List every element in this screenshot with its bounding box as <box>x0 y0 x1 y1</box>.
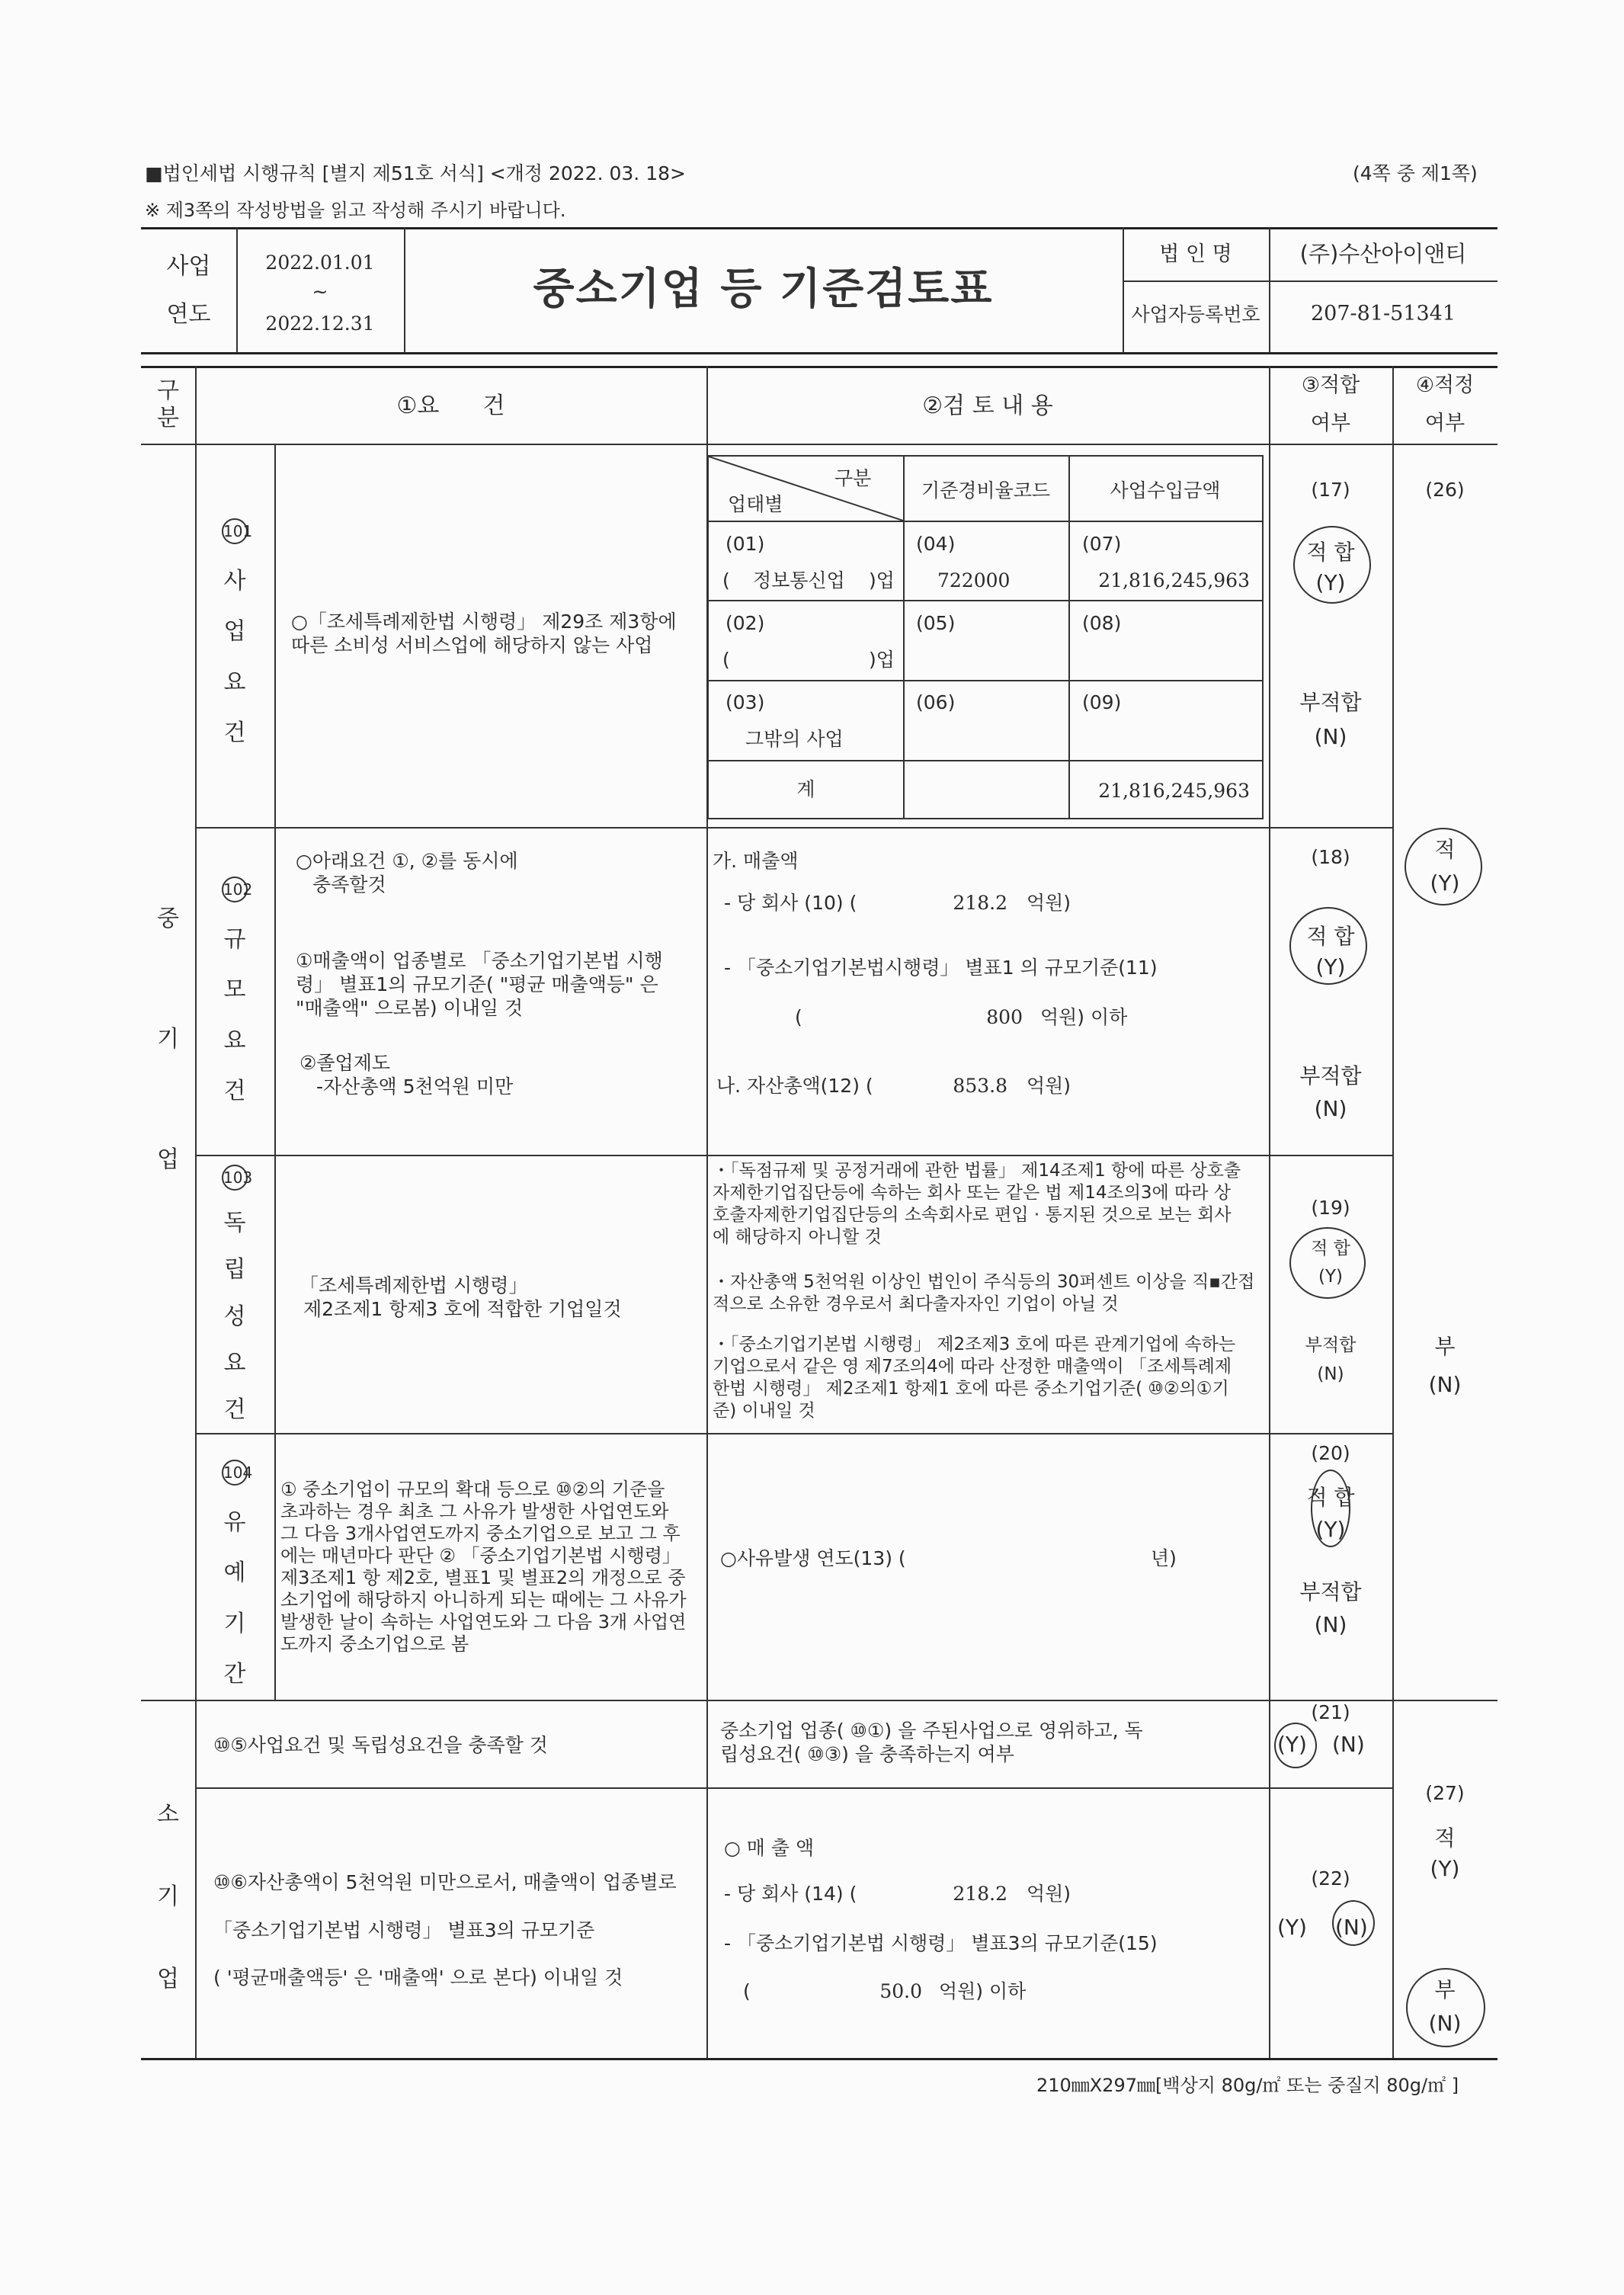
page-indicator: (4쪽 중 제1쪽) <box>1353 162 1478 185</box>
col-amount-header: 사업수입금액 <box>1068 479 1262 502</box>
review-a-std-value[interactable]: 800 <box>947 1006 1023 1029</box>
row102-req-1: ○아래요건 ①, ②를 동시에 <box>296 850 518 873</box>
small-proper-yes[interactable]: 적 <box>1392 1825 1497 1851</box>
row101-fit-no[interactable]: 부적합 <box>1269 690 1392 716</box>
row104-fit-no[interactable]: 부적합 <box>1269 1579 1392 1605</box>
review-a-std: - 「중소기업기본법시행령」 별표1 의 규모기준(11) <box>724 957 1158 979</box>
industry-suffix: )업 <box>869 649 895 672</box>
cell-no: (08) <box>1082 612 1121 635</box>
period-end: 2022.12.31 <box>236 313 404 335</box>
corp-name: (주)수산아이앤티 <box>1269 241 1497 268</box>
review-b-value[interactable]: 853.8 <box>931 1075 1007 1098</box>
period-label-2: 연도 <box>141 301 236 329</box>
header-fit-2: 여부 <box>1269 412 1392 436</box>
row102-fit-no-code: (N) <box>1269 1096 1392 1122</box>
row106-req-2: 「중소기업기본법 시행령」 별표3의 규모기준 <box>213 1919 594 1942</box>
corner-bottom: 업태별 <box>728 493 783 516</box>
header-proper-2: 여부 <box>1392 412 1497 436</box>
biz-no-label: 사업자등록번호 <box>1123 303 1269 326</box>
header-requirement: ①요 건 <box>195 393 706 420</box>
row101-fit-no-code: (N) <box>1269 724 1392 750</box>
review-b-unit: 억원) <box>1027 1075 1071 1098</box>
row102-fit-yes[interactable]: 적 합 <box>1269 924 1392 950</box>
row104-requirement: ① 중소기업이 규모의 확대 등으로 ⑩②의 기준을 초과하는 경우 최초 그 … <box>280 1479 688 1656</box>
paren-open: ( <box>722 649 730 672</box>
legal-basis: ■법인세법 시행규칙 [별지 제51호 서식] <개정 2022. 03. 18… <box>145 162 686 185</box>
row103-fit-no[interactable]: 부적합 <box>1269 1335 1392 1357</box>
period-label-1: 사업 <box>141 253 236 280</box>
expense-code[interactable]: 722000 <box>937 569 1010 592</box>
review-a-company: - 당 회사 (10) ( <box>724 892 857 915</box>
row103-fit-yes[interactable]: 적 합 <box>1269 1239 1392 1260</box>
industry-name[interactable]: 정보통신업 <box>753 569 845 592</box>
total-amount: 21,816,245,963 <box>1075 780 1250 803</box>
row102-req-2: ①매출액이 업종별로 「중소기업기본법 시행령」 별표1의 규모기준( "평균 … <box>296 949 677 1020</box>
row106-fit-number: (22) <box>1269 1867 1392 1890</box>
industry-suffix: )업 <box>869 569 895 592</box>
small-proper-yes-code: (Y) <box>1392 1856 1497 1882</box>
row103-review-2: ・자산총액 5천억원 이상인 법인이 주식등의 30퍼센트 이상을 직▪간접적으… <box>713 1271 1257 1316</box>
row106-fit-yes[interactable]: (Y) <box>1277 1915 1307 1941</box>
row105-requirement: ⑩⑤사업요건 및 독립성요건을 충족할 것 <box>213 1734 548 1757</box>
sme-proper-no[interactable]: 부 <box>1392 1334 1497 1360</box>
review-a-company-value[interactable]: 218.2 <box>931 892 1007 915</box>
small-proper-no[interactable]: 부 <box>1392 1977 1497 2003</box>
review-a-company-unit: 억원) <box>1027 892 1071 915</box>
review-a-std-open: ( <box>795 1006 802 1029</box>
sme-proper-no-code: (N) <box>1392 1372 1497 1398</box>
row103-requirement-2: 제2조제1 항제3 호에 적합한 기업일것 <box>303 1298 622 1321</box>
row103-fit-number: (19) <box>1269 1197 1392 1220</box>
row104-fit-number: (20) <box>1269 1442 1392 1465</box>
row102-fit-number: (18) <box>1269 846 1392 869</box>
period-sep: ~ <box>236 280 404 303</box>
row104-review-unit: 년) <box>1151 1547 1177 1570</box>
period-start: 2022.01.01 <box>236 252 404 274</box>
row104-review: ○사유발생 연도(13) ( <box>720 1547 906 1570</box>
cell-no: (04) <box>916 533 955 556</box>
group-small: 소기업 <box>141 1795 195 1993</box>
row101-fit-yes[interactable]: 적 합 <box>1269 540 1392 566</box>
cell-no: (05) <box>916 612 955 635</box>
sme-proper-yes[interactable]: 적 <box>1392 837 1497 863</box>
row106-review-title: ○ 매 출 액 <box>724 1837 814 1860</box>
row103-fit-no-code: (N) <box>1269 1364 1392 1386</box>
row106-review-std-value[interactable]: 50.0 <box>838 1980 922 2003</box>
form-title: 중소기업 등 기준검토표 <box>404 264 1123 315</box>
small-proper-no-code: (N) <box>1392 2011 1497 2037</box>
row104-fit-no-code: (N) <box>1269 1612 1392 1638</box>
cell-no: (07) <box>1082 533 1121 556</box>
row103-label: 103 독립성요건 <box>195 1165 274 1424</box>
row103-review-1: ・「독점규제 및 공정거래에 관한 법률」 제14조제1 항에 따른 상호출자제… <box>713 1160 1246 1248</box>
sme-proper-yes-code: (Y) <box>1392 870 1497 896</box>
row102-req-3b: -자산총액 5천억원 미만 <box>316 1075 513 1098</box>
corp-name-label: 법 인 명 <box>1123 242 1269 267</box>
row101-requirement: ○「조세특례제한법 시행령」 제29조 제3항에 따른 소비성 서비스업에 해당… <box>291 610 687 657</box>
paper-spec: 210㎜X297㎜[백상지 80g/㎡ 또는 중질지 80g/㎡ ] <box>1036 2075 1459 2097</box>
row106-req-1: ⑩⑥자산총액이 5천억원 미만으로서, 매출액이 업종별로 <box>213 1871 677 1894</box>
row106-review-std-unit: 억원) 이하 <box>939 1980 1026 2003</box>
group-sme: 중기업 <box>141 899 195 1174</box>
review-a-std-unit: 억원) 이하 <box>1040 1006 1127 1029</box>
header-fit-1: ③적합 <box>1269 373 1392 398</box>
industry-name: 그밖의 사업 <box>745 728 844 751</box>
col-code-header: 기준경비율코드 <box>903 479 1068 502</box>
row102-fit-yes-code: (Y) <box>1269 954 1392 980</box>
total-label: 계 <box>709 778 903 801</box>
row106-req-3: ( '평균매출액등' 은 '매출액' 으로 본다) 이내일 것 <box>213 1966 623 1989</box>
header-review: ②검 토 내 용 <box>706 393 1269 420</box>
review-a-title: 가. 매출액 <box>713 850 799 873</box>
row102-label: 102 규모요건 <box>195 877 274 1105</box>
row102-req-1b: 충족할것 <box>312 873 386 896</box>
row104-fit-yes[interactable]: 적 합 <box>1269 1485 1392 1511</box>
revenue-amount[interactable]: 21,816,245,963 <box>1075 569 1250 592</box>
instruction-note: ※ 제3쪽의 작성방법을 읽고 작성해 주시기 바랍니다. <box>145 200 565 222</box>
row103-fit-yes-code: (Y) <box>1269 1267 1392 1288</box>
corner-top: 구분 <box>834 467 871 490</box>
proper-number-27: (27) <box>1392 1782 1497 1805</box>
row106-fit-no[interactable]: (N) <box>1335 1915 1368 1941</box>
row101-fit-yes-code: (Y) <box>1269 570 1392 596</box>
row106-review-company-value[interactable]: 218.2 <box>931 1883 1007 1906</box>
row104-label: 104 유예기간 <box>195 1460 274 1688</box>
row103-requirement-1: 「조세특례제한법 시행령」 <box>299 1274 527 1297</box>
header-category: 구분 <box>141 377 195 432</box>
row101-fit-number: (17) <box>1269 479 1392 502</box>
cell-no: (06) <box>916 691 955 714</box>
row103-review-3: ・「중소기업기본법 시행령」 제2조제3 호에 따른 관계기업에 속하는 기업으… <box>713 1334 1246 1422</box>
cell-no: (02) <box>726 612 764 635</box>
header-proper-1: ④적정 <box>1392 373 1497 398</box>
row106-review-company: - 당 회사 (14) ( <box>724 1883 857 1906</box>
row105-review: 중소기업 업종( ⑩①) 을 주된사업으로 영위하고, 독립성요건( ⑩③) 을… <box>720 1719 1147 1766</box>
row105-fit-number: (21) <box>1269 1701 1392 1724</box>
row105-fit-yes[interactable]: (Y) <box>1277 1732 1307 1758</box>
row102-fit-no[interactable]: 부적합 <box>1269 1063 1392 1089</box>
review-b: 나. 자산총액(12) ( <box>716 1075 873 1098</box>
cell-no: (03) <box>726 691 764 714</box>
row101-label: 101 사업요건 <box>195 518 274 747</box>
row106-review-company-unit: 억원) <box>1027 1883 1071 1906</box>
row104-fit-yes-code: (Y) <box>1269 1517 1392 1543</box>
cell-no: (01) <box>726 533 764 556</box>
industry-table: 구분 업태별 기준경비율코드 사업수입금액 (01) ( 정보통신업 )업 (0… <box>707 455 1264 819</box>
row105-fit-no[interactable]: (N) <box>1332 1732 1365 1758</box>
paren-open: ( <box>722 569 730 592</box>
row106-review-std-open: ( <box>743 1980 751 2003</box>
row102-req-3: ②졸업제도 <box>299 1052 390 1075</box>
biz-no: 207-81-51341 <box>1269 302 1497 326</box>
row106-review-std: - 「중소기업기본법 시행령」 별표3의 규모기준(15) <box>724 1932 1158 1955</box>
cell-no: (09) <box>1082 691 1121 714</box>
proper-number-26: (26) <box>1392 479 1497 502</box>
